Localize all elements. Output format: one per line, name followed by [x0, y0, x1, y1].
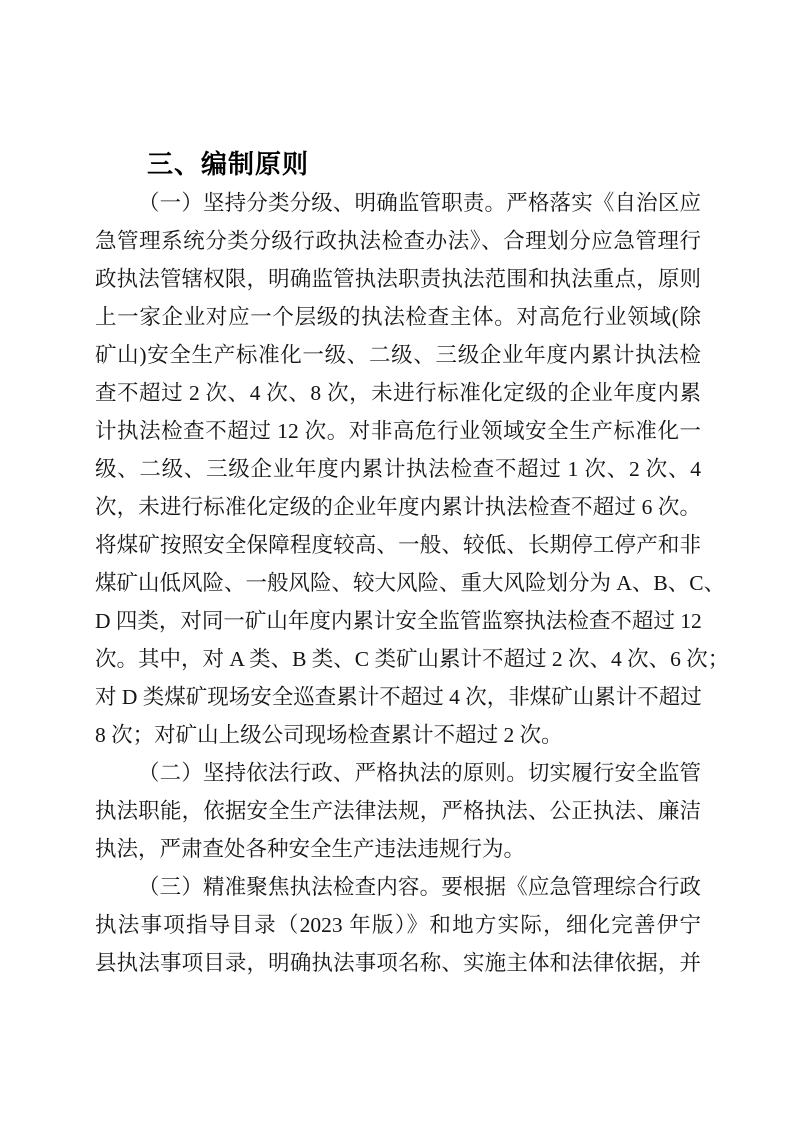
text-line: 矿山)安全生产标准化一级、二级、三级企业年度内累计执法检 [95, 336, 701, 374]
paragraph-2: （二）坚持依法行政、严格执法的原则。切实履行安全监管执法职能，依据安全生产法律法… [95, 754, 701, 868]
text-line: 级、二级、三级企业年度内累计执法检查不超过 1 次、2 次、4 [95, 450, 701, 488]
text-line: 县执法事项目录，明确执法事项名称、实施主体和法律依据，并 [95, 944, 701, 982]
paragraphs-container: （一）坚持分类分级、明确监管职责。严格落实《自治区应急管理系统分类分级行政执法检… [95, 184, 701, 982]
section-heading: 三、编制原则 [95, 146, 701, 182]
text-line: 政执法管辖权限，明确监管执法职责执法范围和执法重点，原则 [95, 260, 701, 298]
text-line: 煤矿山低风险、一般风险、较大风险、重大风险划分为 A、B、C、 [95, 564, 701, 602]
text-line: 上一家企业对应一个层级的执法检查主体。对高危行业领域(除 [95, 298, 701, 336]
text-line: 次。其中，对 A 类、B 类、C 类矿山累计不超过 2 次、4 次、6 次； [95, 640, 701, 678]
text-line: （三）精准聚焦执法检查内容。要根据《应急管理综合行政 [95, 868, 701, 906]
document-page: 三、编制原则 （一）坚持分类分级、明确监管职责。严格落实《自治区应急管理系统分类… [0, 0, 793, 1122]
text-line: 急管理系统分类分级行政执法检查办法》、合理划分应急管理行 [95, 222, 701, 260]
text-line: 8 次；对矿山上级公司现场检查累计不超过 2 次。 [95, 716, 701, 754]
text-line: 计执法检查不超过 12 次。对非高危行业领域安全生产标准化一 [95, 412, 701, 450]
text-line: （一）坚持分类分级、明确监管职责。严格落实《自治区应 [95, 184, 701, 222]
text-line: 将煤矿按照安全保障程度较高、一般、较低、长期停工停产和非 [95, 526, 701, 564]
paragraph-1: （一）坚持分类分级、明确监管职责。严格落实《自治区应急管理系统分类分级行政执法检… [95, 184, 701, 754]
paragraph-3: （三）精准聚焦执法检查内容。要根据《应急管理综合行政执法事项指导目录（2023 … [95, 868, 701, 982]
text-line: D 四类，对同一矿山年度内累计安全监管监察执法检查不超过 12 [95, 602, 701, 640]
text-line: 执法，严肃查处各种安全生产违法违规行为。 [95, 830, 701, 868]
text-line: （二）坚持依法行政、严格执法的原则。切实履行安全监管 [95, 754, 701, 792]
text-line: 执法事项指导目录（2023 年版）》和地方实际，细化完善伊宁 [95, 906, 701, 944]
text-line: 查不超过 2 次、4 次、8 次，未进行标准化定级的企业年度内累 [95, 374, 701, 412]
text-line: 次，未进行标准化定级的企业年度内累计执法检查不超过 6 次。 [95, 488, 701, 526]
text-line: 执法职能，依据安全生产法律法规，严格执法、公正执法、廉洁 [95, 792, 701, 830]
text-line: 对 D 类煤矿现场安全巡查累计不超过 4 次，非煤矿山累计不超过 [95, 678, 701, 716]
page-content: 三、编制原则 （一）坚持分类分级、明确监管职责。严格落实《自治区应急管理系统分类… [95, 146, 701, 982]
